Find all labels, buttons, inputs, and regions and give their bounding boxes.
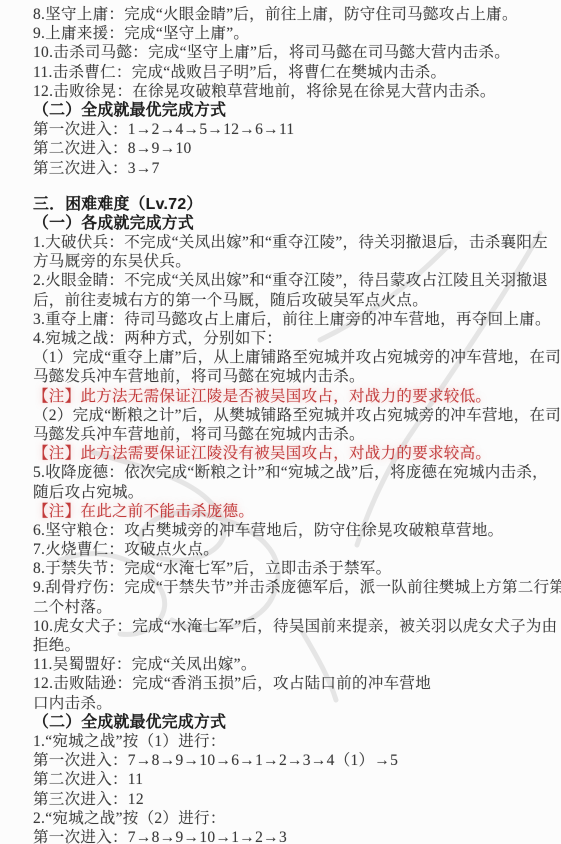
text-line: 第二次进入：11 [33,770,553,789]
text-line: 11.吴蜀盟好：完成“关凤出嫁”。 [33,655,553,674]
text-line: 2.火眼金睛：不完成“关凤出嫁”和“重夺江陵”，待吕蒙攻占江陵且关羽撤退 [33,271,553,290]
text-line: 马懿发兵冲车营地前，将司马懿在宛城内击杀。 [33,367,553,386]
text-line: 马懿发兵冲车营地前，将司马懿在宛城内击杀。 [33,425,553,444]
text-line: 9.刮骨疗伤：完成“于禁失节”并击杀庞德军后，派一队前往樊城上方第二行第 [33,578,553,597]
text-line: 1.大破伏兵：不完成“关凤出嫁”和“重夺江陵”，待关羽撤退后，击杀襄阳左 [33,233,553,252]
text-line: 8.于禁失节：完成“水淹七军”后，立即击杀于禁军。 [33,559,553,578]
text-line: 拒绝。 [33,636,553,655]
text-line: 9.上庸来援：完成“坚守上庸”。 [33,24,553,43]
text-line: 第一次进入：7→8→9→10→6→1→2→3→4（1）→5 [33,751,553,770]
text-line: 7.火烧曹仁：攻破点火点。 [33,540,553,559]
text-line: 第一次进入：1→2→4→5→12→6→11 [33,120,553,139]
section-heading: （一）各成就完成方式 [33,214,553,233]
text-line: 第三次进入：3→7 [33,159,553,178]
text-line: 第二次进入：8→9→10 [33,139,553,158]
text-line: 3.重夺上庸：待司马懿攻占上庸后，前往上庸旁的冲车营地，再夺回上庸。 [33,310,553,329]
text-line: 4.宛城之战：两种方式，分别如下： [33,329,553,348]
text-line: 8.坚守上庸：完成“火眼金睛”后，前往上庸，防守住司马懿攻占上庸。 [33,5,553,24]
text-line: 方马厩旁的东吴伏兵。 [33,252,553,271]
note-line: 【注】此方法无需保证江陵是否被吴国攻占，对战力的要求较低。 [33,387,553,406]
text-line: 第三次进入：12 [33,790,553,809]
text-line: 随后攻占宛城。 [33,483,553,502]
text-line: 1.“宛城之战”按（1）进行： [33,732,553,751]
section-heading: （二）全成就最优完成方式 [33,101,553,120]
text-line: 后，前往麦城右方的第一个马厩，随后攻破吴军点火点。 [33,291,553,310]
text-line: 6.坚守粮仓：攻占樊城旁的冲车营地后，防守住徐晃攻破粮草营地。 [33,521,553,540]
text-line: 10.虎女犬子：完成“水淹七军”后，待吴国前来提亲，被关羽以虎女犬子为由 [33,617,553,636]
note-line: 【注】在此之前不能击杀庞德。 [33,502,553,521]
document-page: 8.坚守上庸：完成“火眼金睛”后，前往上庸，防守住司马懿攻占上庸。9.上庸来援：… [0,0,561,844]
text-line: 二个村落。 [33,598,553,617]
text-line: 2.“宛城之战”按（2）进行： [33,809,553,828]
text-line: 口内击杀。 [33,694,553,713]
section-heading: （二）全成就最优完成方式 [33,713,553,732]
text-line: （1）完成“重夺上庸”后，从上庸铺路至宛城并攻占宛城旁的冲车营地，在司 [33,348,553,367]
text-line: 11.击杀曹仁：完成“战败吕子明”后，将曹仁在樊城内击杀。 [33,63,553,82]
text-line: 第一次进入：7→8→9→10→1→2→3 [33,828,553,844]
document-body: 8.坚守上庸：完成“火眼金睛”后，前往上庸，防守住司马懿攻占上庸。9.上庸来援：… [0,0,561,844]
text-line: 10.击杀司马懿：完成“坚守上庸”后，将司马懿在司马懿大营内击杀。 [33,43,553,62]
text-line: 12.击败徐晃：在徐晃攻破粮草营地前，将徐晃在徐晃大营内击杀。 [33,82,553,101]
section-heading: 三．困难难度（Lv.72） [33,195,553,214]
blank-line [33,178,553,195]
note-line: 【注】此方法需要保证江陵没有被吴国攻占，对战力的要求较高。 [33,444,553,463]
text-line: （2）完成“断粮之计”后，从樊城铺路至宛城并攻占宛城旁的冲车营地，在司 [33,406,553,425]
text-line: 5.收降庞德：依次完成“断粮之计”和“宛城之战”后，将庞德在宛城内击杀， [33,463,553,482]
text-line: 12.击败陆逊：完成“香消玉损”后，攻占陆口前的冲车营地 [33,674,553,693]
